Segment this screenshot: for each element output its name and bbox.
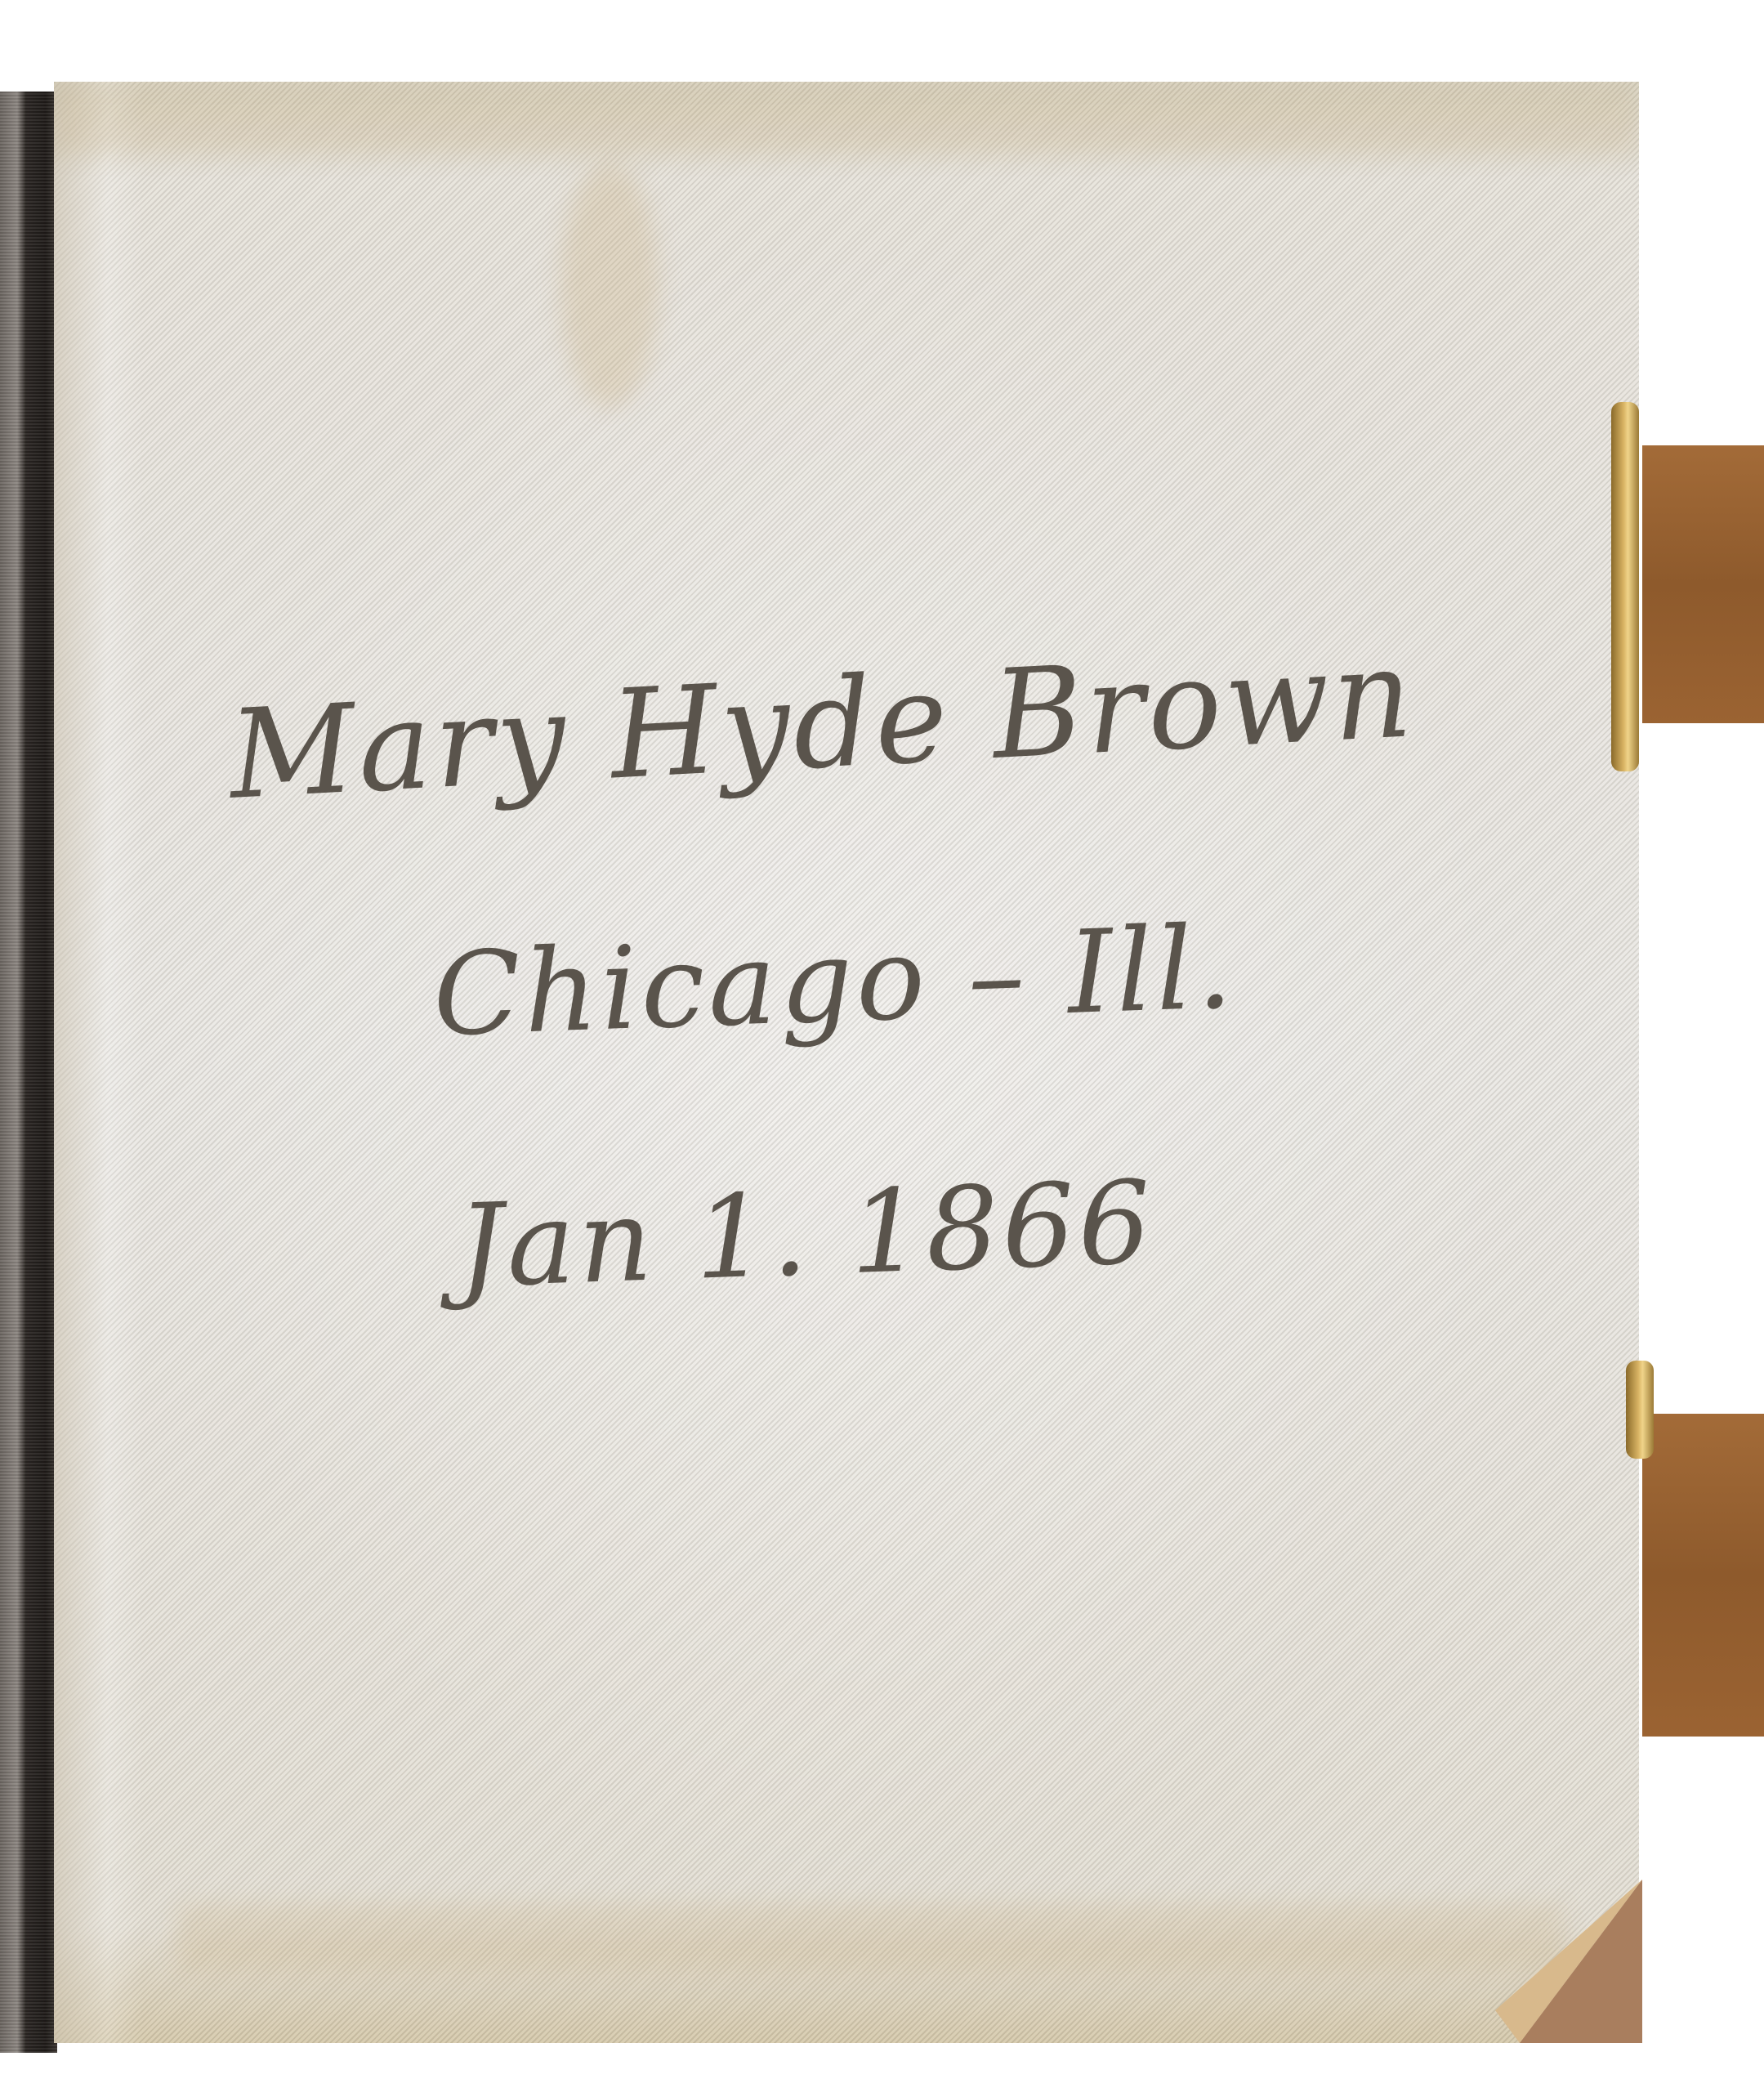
album-photo: Mary Hyde Brown Chicago – Ill. Jan 1. 18…: [0, 0, 1764, 2092]
bottom-edge-stain: [176, 1904, 1565, 1969]
clasp-strap: [1642, 445, 1764, 723]
album-spine: [0, 92, 57, 2053]
clasp-hinge: [1626, 1361, 1654, 1459]
top-edge-stain: [54, 82, 1639, 155]
clasp-hinge: [1611, 402, 1639, 771]
page-gutter: [54, 82, 144, 2043]
folded-corner: [1487, 1847, 1642, 2043]
water-stain: [560, 163, 659, 409]
inscription-date: Jan 1. 1866: [455, 1156, 1156, 1314]
endpaper-page: [54, 82, 1639, 2043]
inscription-place: Chicago – Ill.: [431, 901, 1237, 1062]
clasp-strap: [1642, 1414, 1764, 1737]
